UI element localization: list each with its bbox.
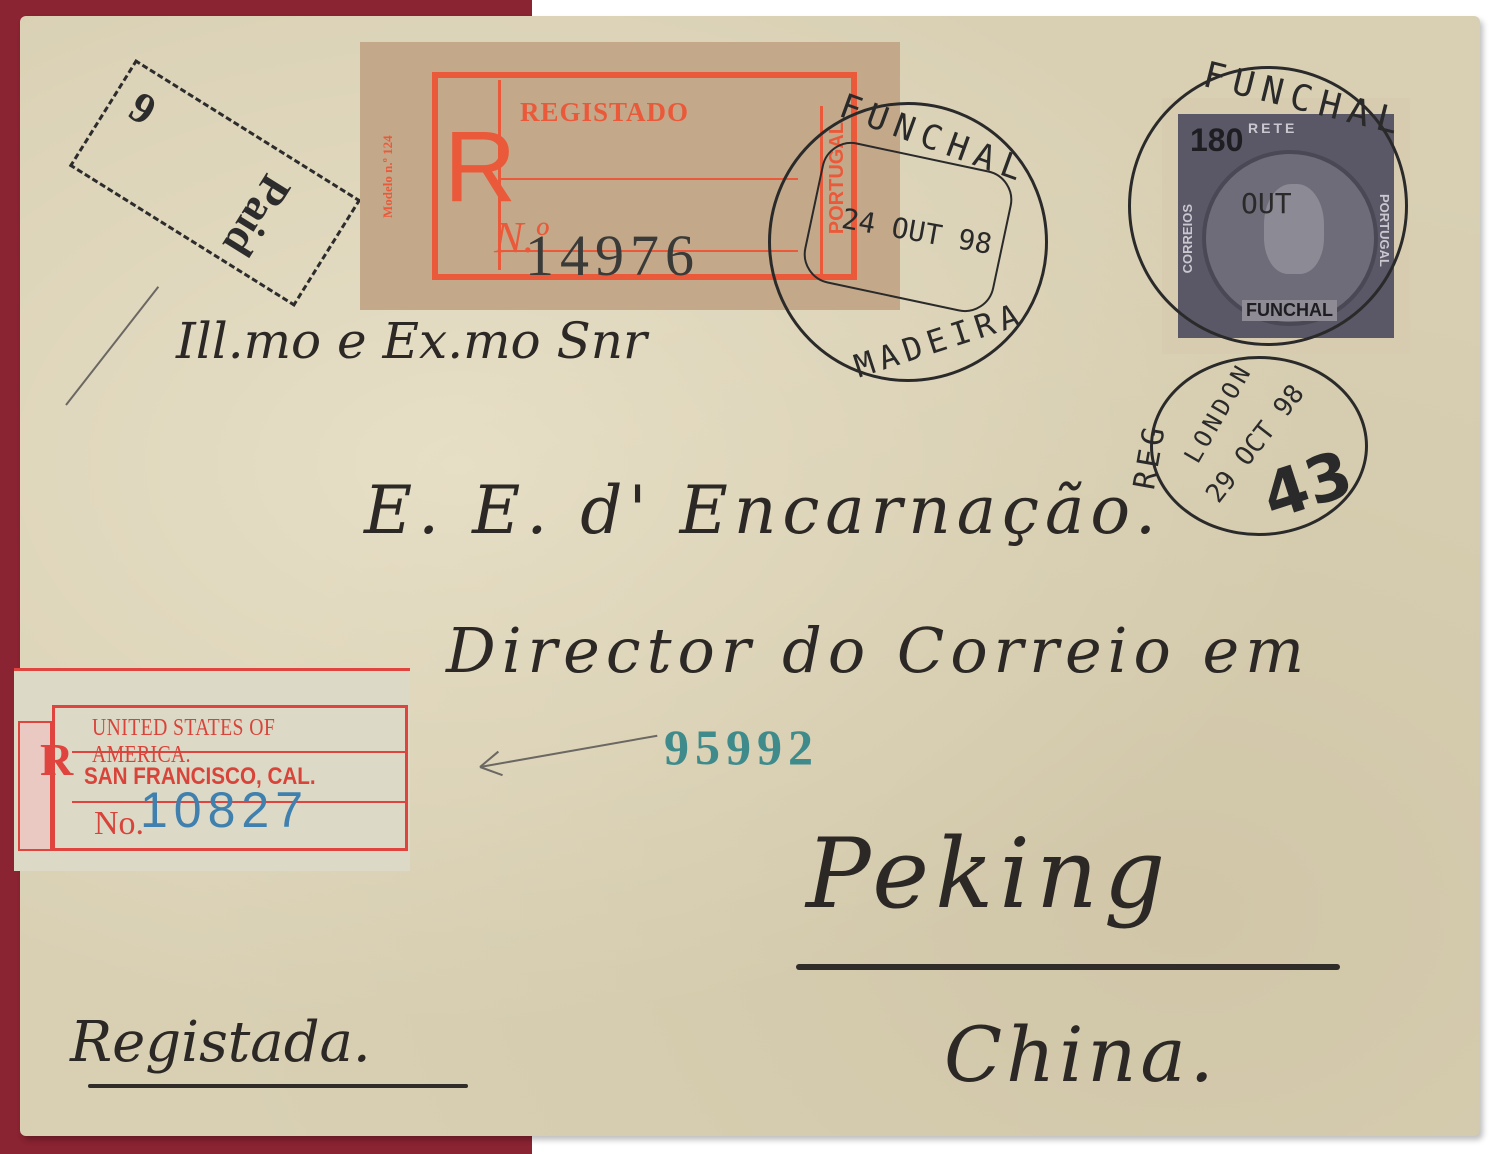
address-country: China.	[944, 1010, 1218, 1099]
boxed-numeral: 6	[119, 81, 165, 136]
us-label-country: UNITED STATES OF AMERICA.	[92, 715, 353, 769]
boxed-paid-text: Paid	[213, 166, 302, 266]
funchal-stamp-postmark: FUNCHAL OUT	[1128, 66, 1408, 346]
address-title: Director do Correio em	[446, 614, 1310, 687]
address-city: Peking	[806, 818, 1171, 930]
label-title: REGISTADO	[520, 97, 689, 128]
label-registration-number: 14976	[525, 222, 700, 289]
us-label-registration-number: 10827	[140, 781, 309, 839]
us-registration-label: R UNITED STATES OF AMERICA. SAN FRANCISC…	[14, 668, 410, 871]
label-r-letter: R	[444, 117, 516, 217]
label-rule	[498, 178, 798, 180]
endorsement-underline	[88, 1084, 468, 1088]
label-model-text: Modelo n.º 124	[380, 82, 410, 272]
address-name: E. E. d' Encarnação.	[364, 472, 1162, 549]
transit-number: 95992	[664, 718, 819, 776]
funchal-madeira-postmark: FUNCHAL MADEIRA 24 OUT 98	[768, 102, 1048, 382]
us-label-number-prefix: No.	[94, 805, 144, 843]
postmark-date: OUT	[1241, 187, 1292, 220]
registered-endorsement: Registada.	[70, 1010, 371, 1075]
city-underline	[796, 964, 1340, 970]
london-registered-postmark: REG LONDON 29 OCT 98 43	[1150, 356, 1368, 536]
address-salutation: Ill.mo e Ex.mo Snr	[176, 312, 647, 370]
